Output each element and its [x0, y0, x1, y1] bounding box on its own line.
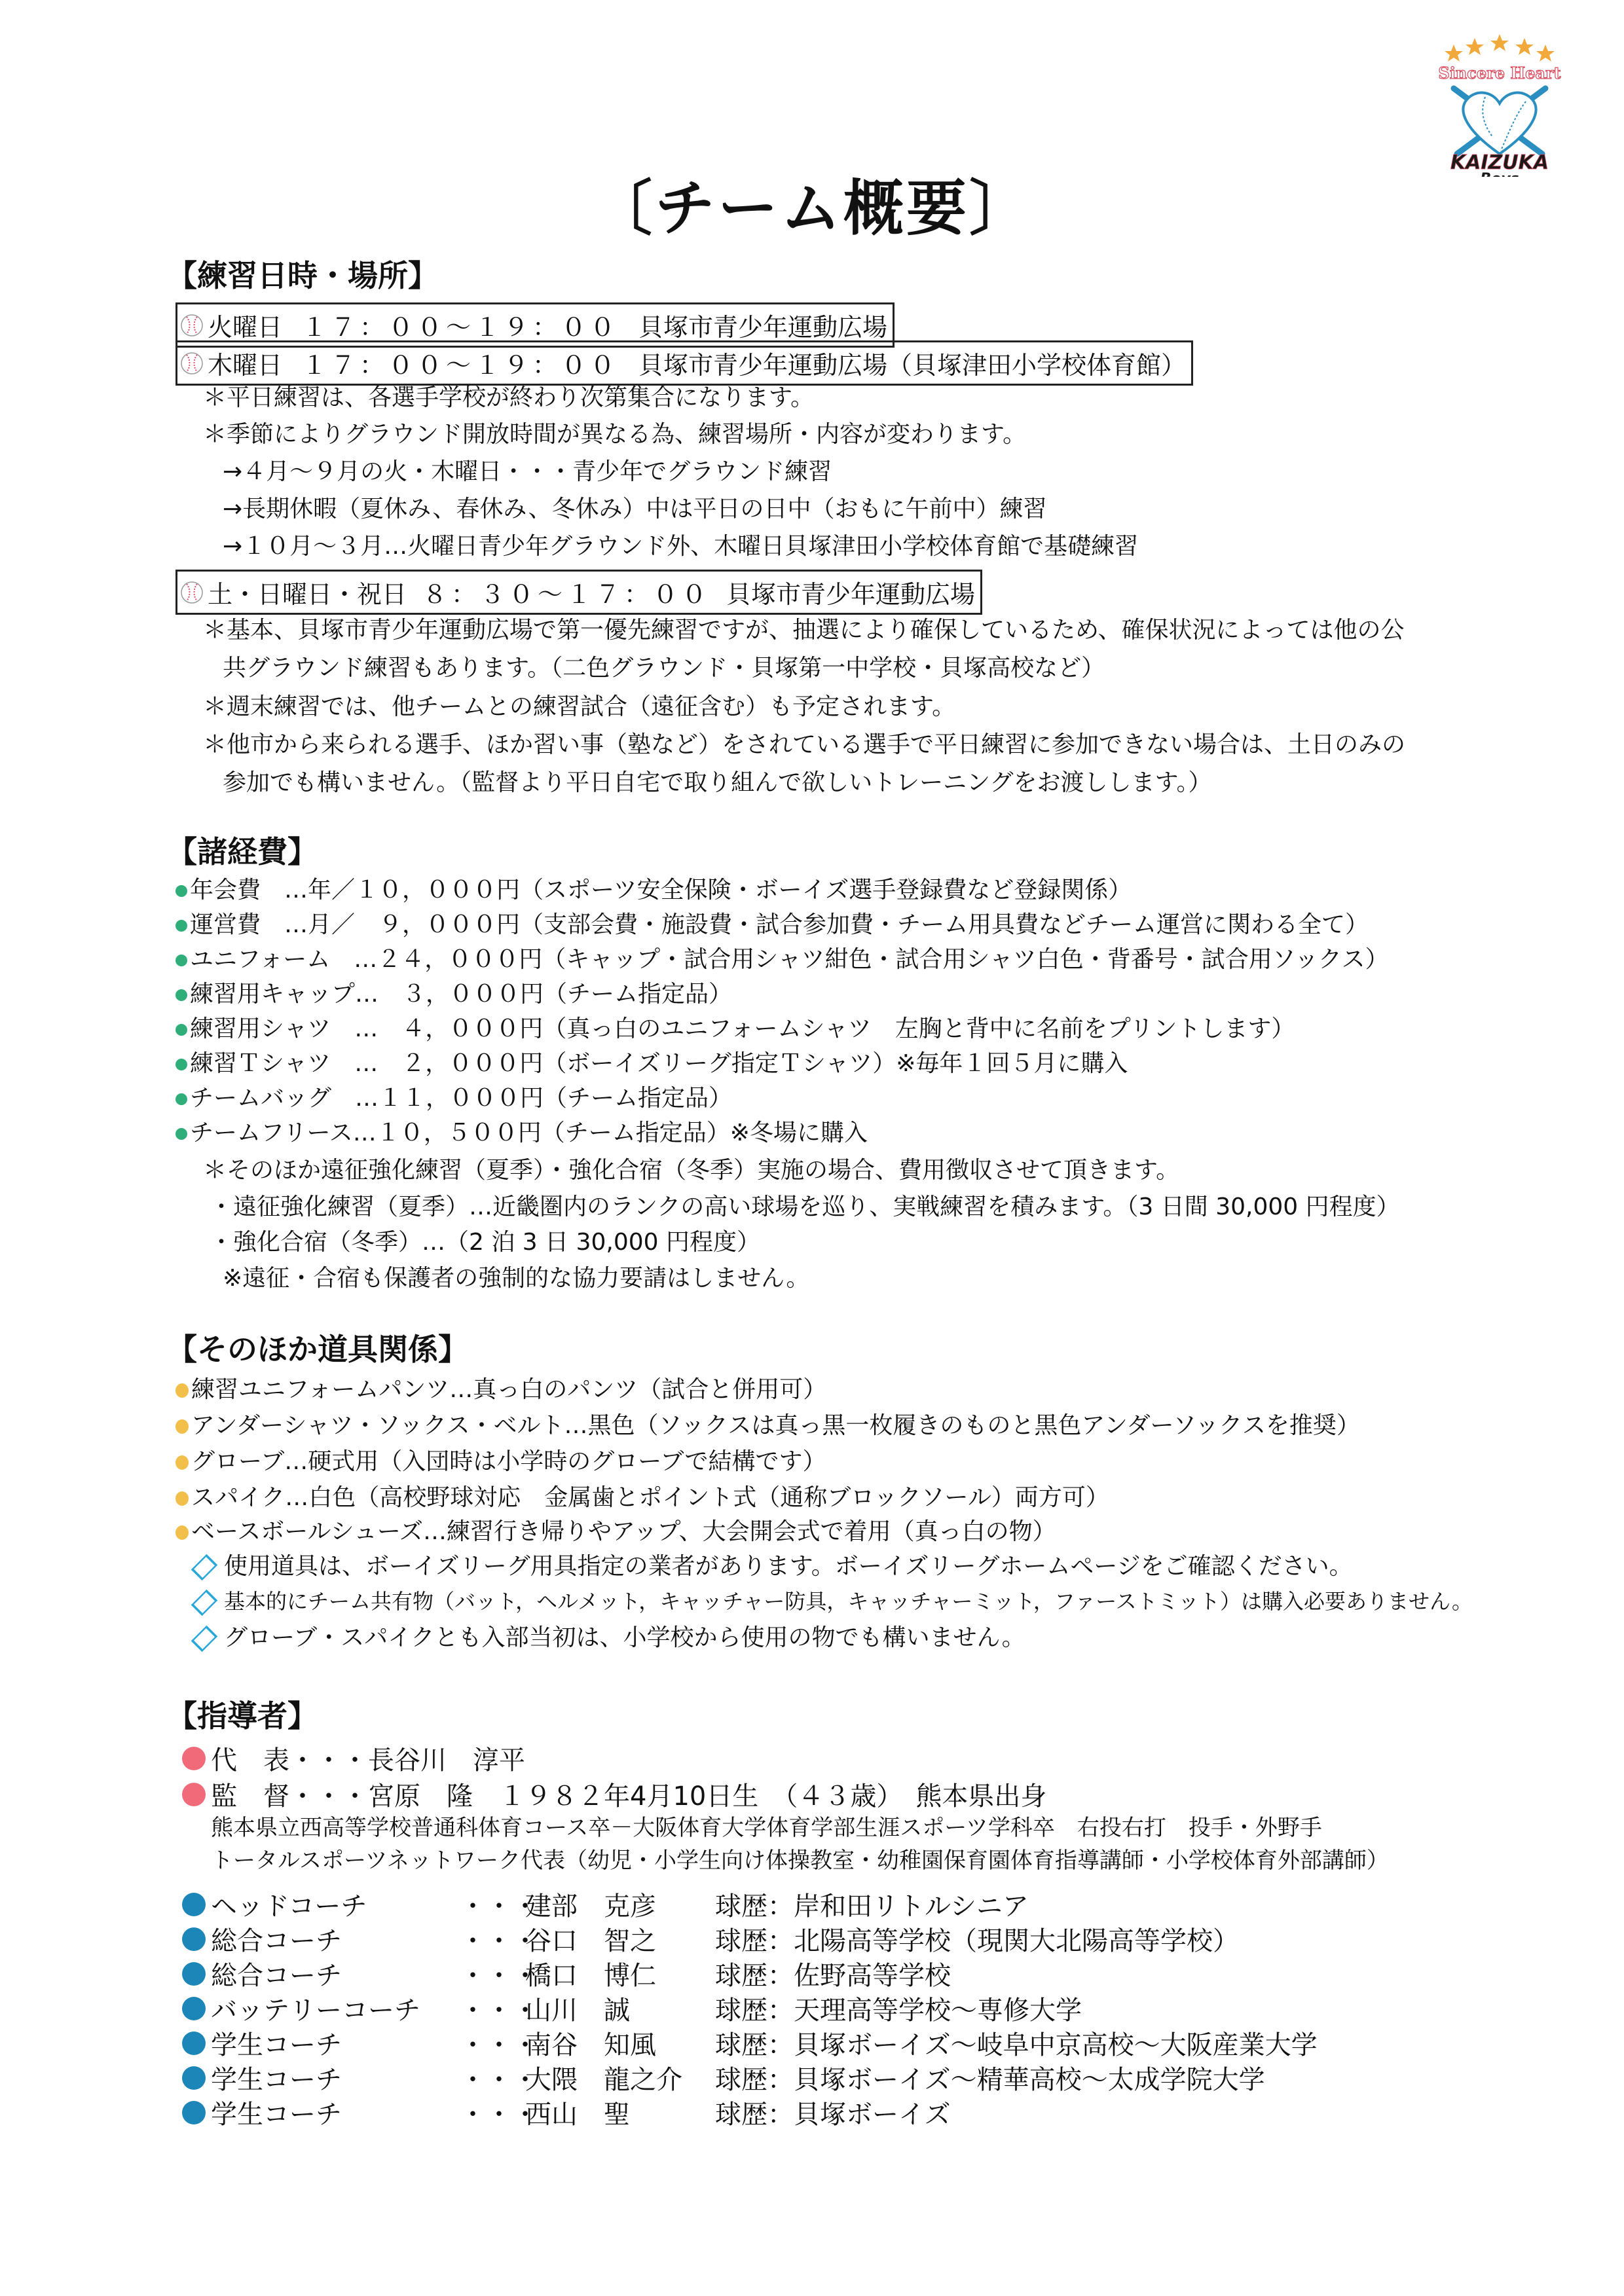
- schedule-time: １７：００～１９：００: [302, 345, 619, 381]
- schedule-day: 土・日曜日・祝日: [208, 574, 407, 610]
- equipment-item: スパイク…白色（高校野球対応 金属歯とポイント式（通称ブロックソール）両方可）: [175, 1486, 1109, 1510]
- green-bullet-icon: [175, 885, 187, 897]
- fee-item: 練習Ｔシャツ … ２，０００円（ボーイズリーグ指定Ｔシャツ）※毎年１回５月に購入: [175, 1052, 1128, 1076]
- fee-item: 練習用キャップ… ３，０００円（チーム指定品）: [175, 983, 732, 1006]
- weekday-note: ＊季節によりグラウンド開放時間が異なる為、練習場所・内容が変わります。: [203, 423, 1026, 446]
- green-bullet-icon: [175, 920, 187, 932]
- green-bullet-icon: [175, 1128, 187, 1140]
- fee-item: 練習用シャツ … ４，０００円（真っ白のユニフォームシャツ 左胸と背中に名前をプ…: [175, 1017, 1295, 1041]
- yellow-bullet-icon: [175, 1419, 189, 1434]
- coach-row: 学生コーチ・・・南谷 知風球歴：貝塚ボーイズ～岐阜中京高校～大阪産業大学: [182, 2024, 1318, 2062]
- weekend-note: ＊週末練習では、他チームとの練習試合（遠征含む）も予定されます。: [203, 695, 955, 719]
- manager-detail: 熊本県立西高等学校普通科体育コース卒－大阪体育大学体育学部生涯スポーツ学科卒 右…: [211, 1817, 1322, 1839]
- equipment-note: グローブ・スパイクとも入部当初は、小学校から使用の物でも構いません。: [190, 1626, 1025, 1650]
- fee-note: ※遠征・合宿も保護者の強制的な協力要請はしません。: [223, 1267, 809, 1290]
- weekend-note: 共グラウンド練習もあります。（二色グラウンド・貝塚第一中学校・貝塚高校など）: [223, 657, 1105, 680]
- yellow-bullet-icon: [175, 1455, 189, 1470]
- yellow-bullet-icon: [175, 1383, 189, 1398]
- schedule-day: 火曜日: [208, 307, 282, 343]
- fees-heading: 【諸経費】: [167, 828, 318, 871]
- equipment-item: ベースボールシューズ…練習行き帰りやアップ、大会開会式で着用（真っ白の物）: [175, 1520, 1056, 1544]
- green-bullet-icon: [175, 989, 187, 1001]
- coach-row: 学生コーチ・・・西山 聖球歴：貝塚ボーイズ: [182, 2094, 951, 2131]
- schedule-time: ８：３０～１７：００: [422, 574, 710, 610]
- green-bullet-icon: [175, 1059, 187, 1070]
- coach-row: 総合コーチ・・・橋口 博仁球歴：佐野高等学校: [182, 1955, 951, 1992]
- schedule-place: 貝塚市青少年運動広場（貝塚津田小学校体育館）: [638, 345, 1186, 381]
- manager-detail: トータルスポーツネットワーク代表（幼児・小学生向け体操教室・幼稚園保育園体育指導…: [211, 1850, 1389, 1872]
- baseball-icon: [180, 314, 204, 337]
- season-note: →長期休暇（夏休み、春休み、冬休み）中は平日の日中（おもに午前中）練習: [223, 498, 1047, 521]
- page-title: 〔チーム概要〕: [0, 160, 1624, 247]
- schedule-time: １７：００～１９：００: [302, 307, 619, 343]
- blue-bullet-icon: [182, 1962, 206, 1986]
- equipment-heading: 【そのほか道具関係】: [167, 1326, 468, 1369]
- practice-heading: 【練習日時・場所】: [167, 252, 438, 295]
- leader-row: 監 督・・・宮原 隆 １９８２年4月10日生 （４３歳） 熊本県出身: [182, 1776, 1046, 1813]
- fee-item: チームバッグ …１１，０００円（チーム指定品）: [175, 1087, 732, 1110]
- blue-bullet-icon: [182, 1997, 206, 2020]
- blue-bullet-icon: [182, 2032, 206, 2055]
- weekend-note: ＊他市から来られる選手、ほか習い事（塾など）をされている選手で平日練習に参加でき…: [203, 733, 1405, 757]
- yellow-bullet-icon: [175, 1491, 189, 1506]
- baseball-icon: [180, 352, 204, 375]
- diamond-icon: [191, 1626, 218, 1652]
- season-note: →４月～９月の火・木曜日・・・青少年でグラウンド練習: [223, 460, 832, 484]
- fee-item: 運営費 …月／ ９，０００円（支部会費・施設費・試合参加費・チーム用具費などチー…: [175, 913, 1369, 937]
- season-note: →１０月～３月…火曜日青少年グラウンド外、木曜日貝塚津田小学校体育館で基礎練習: [223, 535, 1138, 558]
- blue-bullet-icon: [182, 2066, 206, 2090]
- schedule-weekend: 土・日曜日・祝日 ８：３０～１７：００ 貝塚市青少年運動広場: [175, 570, 982, 615]
- staff-heading: 【指導者】: [167, 1692, 318, 1736]
- leader-row: 代 表・・・長谷川 淳平: [182, 1740, 525, 1777]
- blue-bullet-icon: [182, 1927, 206, 1951]
- schedule-place: 貝塚市青少年運動広場: [638, 307, 887, 343]
- equipment-note: 基本的にチーム共有物（バット，ヘルメット，キャッチャー防具，キャッチャーミット，…: [190, 1591, 1473, 1612]
- coach-row: 総合コーチ・・・谷口 智之球歴：北陽高等学校（現関大北陽高等学校）: [182, 1920, 1239, 1958]
- diamond-icon: [191, 1590, 218, 1616]
- equipment-item: 練習ユニフォームパンツ…真っ白のパンツ（試合と併用可）: [175, 1378, 826, 1402]
- kaizuka-boys-logo-icon: Sincere Heart KAIZUKA Boys: [1428, 26, 1572, 177]
- schedule-thursday: 木曜日 １７：００～１９：００ 貝塚市青少年運動広場（貝塚津田小学校体育館）: [175, 340, 1193, 386]
- red-bullet-icon: [182, 1783, 206, 1806]
- team-logo: Sincere Heart KAIZUKA Boys: [1428, 26, 1572, 177]
- yellow-bullet-icon: [175, 1525, 189, 1540]
- blue-bullet-icon: [182, 1893, 206, 1916]
- coach-row: 学生コーチ・・・大隈 龍之介球歴：貝塚ボーイズ～精華高校～太成学院大学: [182, 2059, 1265, 2096]
- green-bullet-icon: [175, 955, 187, 966]
- fee-note: ・遠征強化練習（夏季）…近畿圏内のランクの高い球場を巡り、実戦練習を積みます。（…: [210, 1195, 1400, 1219]
- fee-item: ユニフォーム …２４，０００円（キャップ・試合用シャツ紺色・試合用シャツ白色・背…: [175, 948, 1389, 972]
- fee-note: ＊そのほか遠征強化練習（夏季）・強化合宿（冬季）実施の場合、費用徴収させて頂きま…: [203, 1159, 1179, 1182]
- red-bullet-icon: [182, 1747, 206, 1770]
- svg-text:Sincere Heart: Sincere Heart: [1438, 64, 1560, 82]
- weekend-note: 参加でも構いません。（監督より平日自宅で取り組んで欲しいトレーニングをお渡ししま…: [223, 771, 1212, 795]
- green-bullet-icon: [175, 1024, 187, 1036]
- fee-note: ・強化合宿（冬季）…（2 泊 3 日 30,000 円程度）: [210, 1231, 760, 1254]
- schedule-day: 木曜日: [208, 345, 282, 381]
- fee-item: チームフリース…１０，５００円（チーム指定品）※冬場に購入: [175, 1121, 868, 1145]
- equipment-item: アンダーシャツ・ソックス・ベルト…黒色（ソックスは真っ黒一枚履きのものと黒色アン…: [175, 1414, 1360, 1438]
- equipment-note: 使用道具は、ボーイズリーグ用具指定の業者があります。ボーイズリーグホームページを…: [190, 1555, 1353, 1578]
- fee-item: 年会費 …年／１０，０００円（スポーツ安全保険・ボーイズ選手登録費など登録関係）: [175, 879, 1132, 902]
- green-bullet-icon: [175, 1093, 187, 1105]
- diamond-icon: [191, 1554, 218, 1581]
- weekend-note: ＊基本、貝塚市青少年運動広場で第一優先練習ですが、抽選により確保しているため、確…: [203, 619, 1405, 642]
- coach-row: ヘッドコーチ・・・建部 克彦球歴：岸和田リトルシニア: [182, 1886, 1029, 1923]
- weekday-note: ＊平日練習は、各選手学校が終わり次第集合になります。: [203, 386, 814, 410]
- schedule-place: 貝塚市青少年運動広場: [726, 574, 975, 610]
- equipment-item: グローブ…硬式用（入団時は小学時のグローブで結構です）: [175, 1450, 826, 1474]
- baseball-icon: [180, 581, 204, 604]
- coach-row: バッテリーコーチ・・・山川 誠球歴：天理高等学校～専修大学: [182, 1990, 1082, 2027]
- blue-bullet-icon: [182, 2101, 206, 2124]
